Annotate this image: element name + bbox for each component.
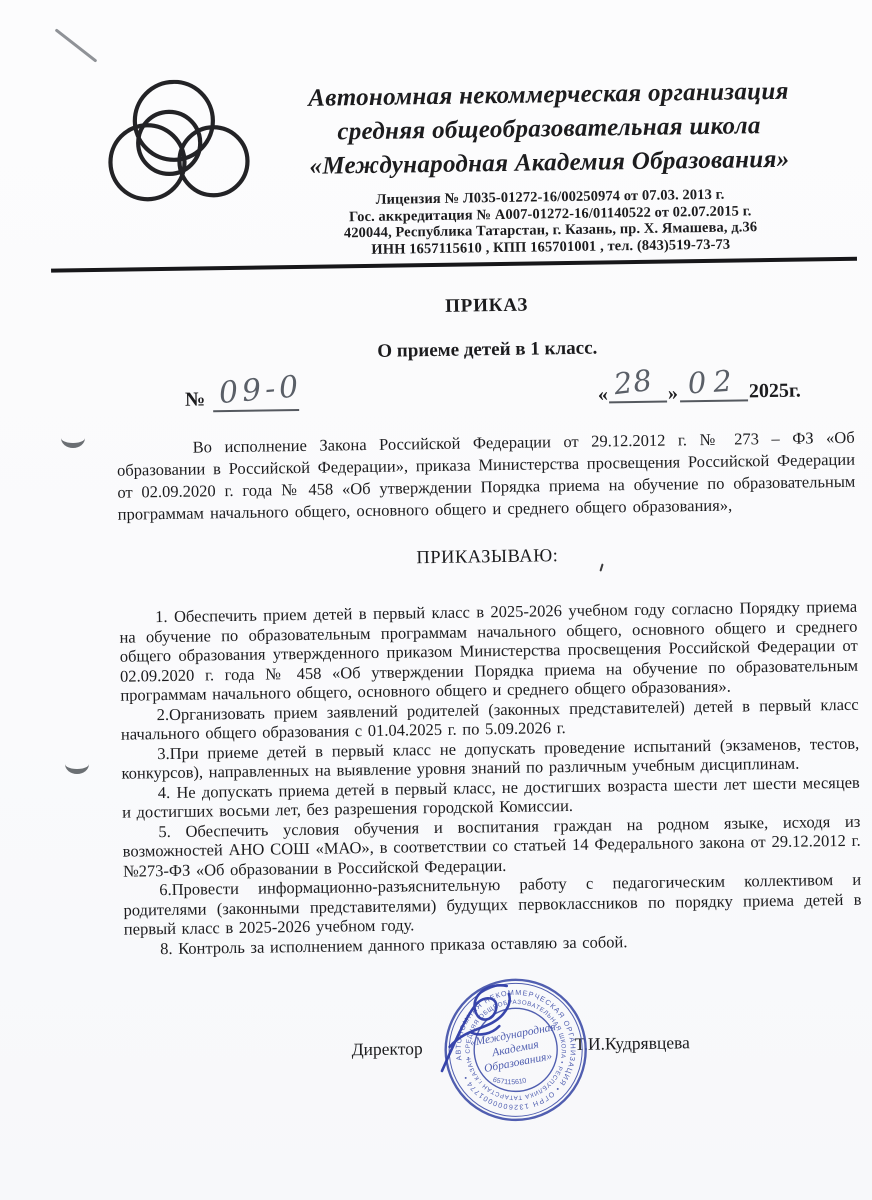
signer-name: Т.И.Кудрявцева (574, 1032, 690, 1055)
order-word: ПРИКАЗЫВАЮ: (118, 542, 856, 574)
order-item-6: 6.Провести информационно-разъяснительную… (123, 870, 862, 939)
day-underline (609, 401, 667, 404)
handwritten-signature (419, 973, 551, 1090)
handwritten-order-number: 09-0 (218, 369, 304, 411)
date-open-quote: « (598, 383, 608, 406)
order-item-1: 1. Обеспечить прием детей в первый класс… (119, 597, 858, 705)
month-underline (680, 399, 748, 402)
org-name-line3: «Международная Академия Образования» (265, 142, 833, 184)
number-sign: № (185, 388, 205, 411)
year-label: 2025г. (749, 380, 801, 404)
three-overlapping-rings-logo (102, 79, 254, 203)
document-type-title: ПРИКАЗ (126, 290, 848, 323)
letterhead-divider (51, 257, 857, 272)
org-name: Автономная некоммерческая организация ср… (264, 74, 833, 184)
document-subject: О приеме детей в 1 класс. (126, 334, 848, 367)
document-content: Автономная некоммерческая организация ср… (0, 0, 872, 1200)
order-items: 1. Обеспечить прием детей в первый класс… (119, 597, 862, 959)
order-item-5: 5. Обеспечить условия обучения и воспита… (122, 811, 861, 880)
handwritten-day: 28 (612, 363, 655, 401)
handwritten-month: 02 (687, 363, 740, 400)
preamble-paragraph: Во исполнение Закона Российской Федераци… (117, 427, 856, 526)
number-underline (213, 409, 299, 412)
signer-role-label: Директор (352, 1038, 423, 1060)
org-details: Лицензия № Л035-01272-16/00250974 от 07.… (266, 185, 835, 259)
letterhead: Автономная некоммерческая организация ср… (264, 74, 835, 259)
date-close-quote: » (668, 382, 678, 405)
scanned-order-document: Автономная некоммерческая организация ср… (0, 0, 872, 1200)
